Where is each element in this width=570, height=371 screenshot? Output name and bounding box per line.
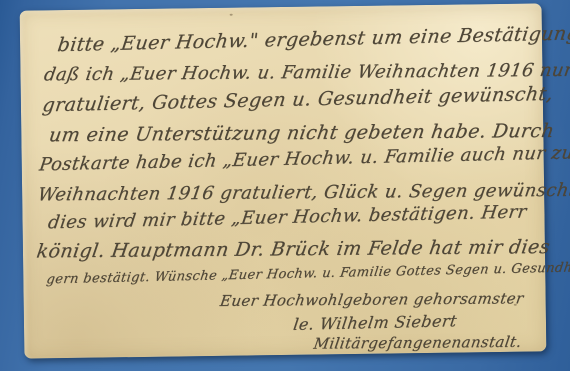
handwritten-line: dies wird mir bitte „Euer Hochw. bestäti… [47,201,528,233]
handwritten-line: gern bestätigt. Wünsche „Euer Hochw. u. … [45,260,570,287]
handwritten-line: um eine Unterstützung nicht gebeten habe… [47,120,555,146]
handwritten-line: Postkarte habe ich „Euer Hochw. u. Famil… [38,142,570,175]
handwritten-line: gratuliert, Gottes Segen u. Gesundheit g… [41,83,554,117]
handwritten-line: Euer Hochwohlgeboren gehorsamster [219,289,525,310]
postcard: bitte „Euer Hochw." ergebenst um eine Be… [20,3,547,358]
handwritten-line: daß ich „Euer Hochw. u. Familie Weihnach… [43,60,570,86]
handwritten-line: königl. Hauptmann Dr. Brück im Felde hat… [35,236,551,263]
handwritten-line: le. Wilhelm Siebert [292,311,458,334]
handwritten-line: Militärgefangenenanstalt. [312,333,523,353]
paper-speck [230,14,233,16]
paper-speck [100,43,103,46]
photo-background: bitte „Euer Hochw." ergebenst um eine Be… [0,0,570,371]
handwritten-line: bitte „Euer Hochw." ergebenst um eine Be… [56,22,570,56]
paper-speck [514,304,517,306]
